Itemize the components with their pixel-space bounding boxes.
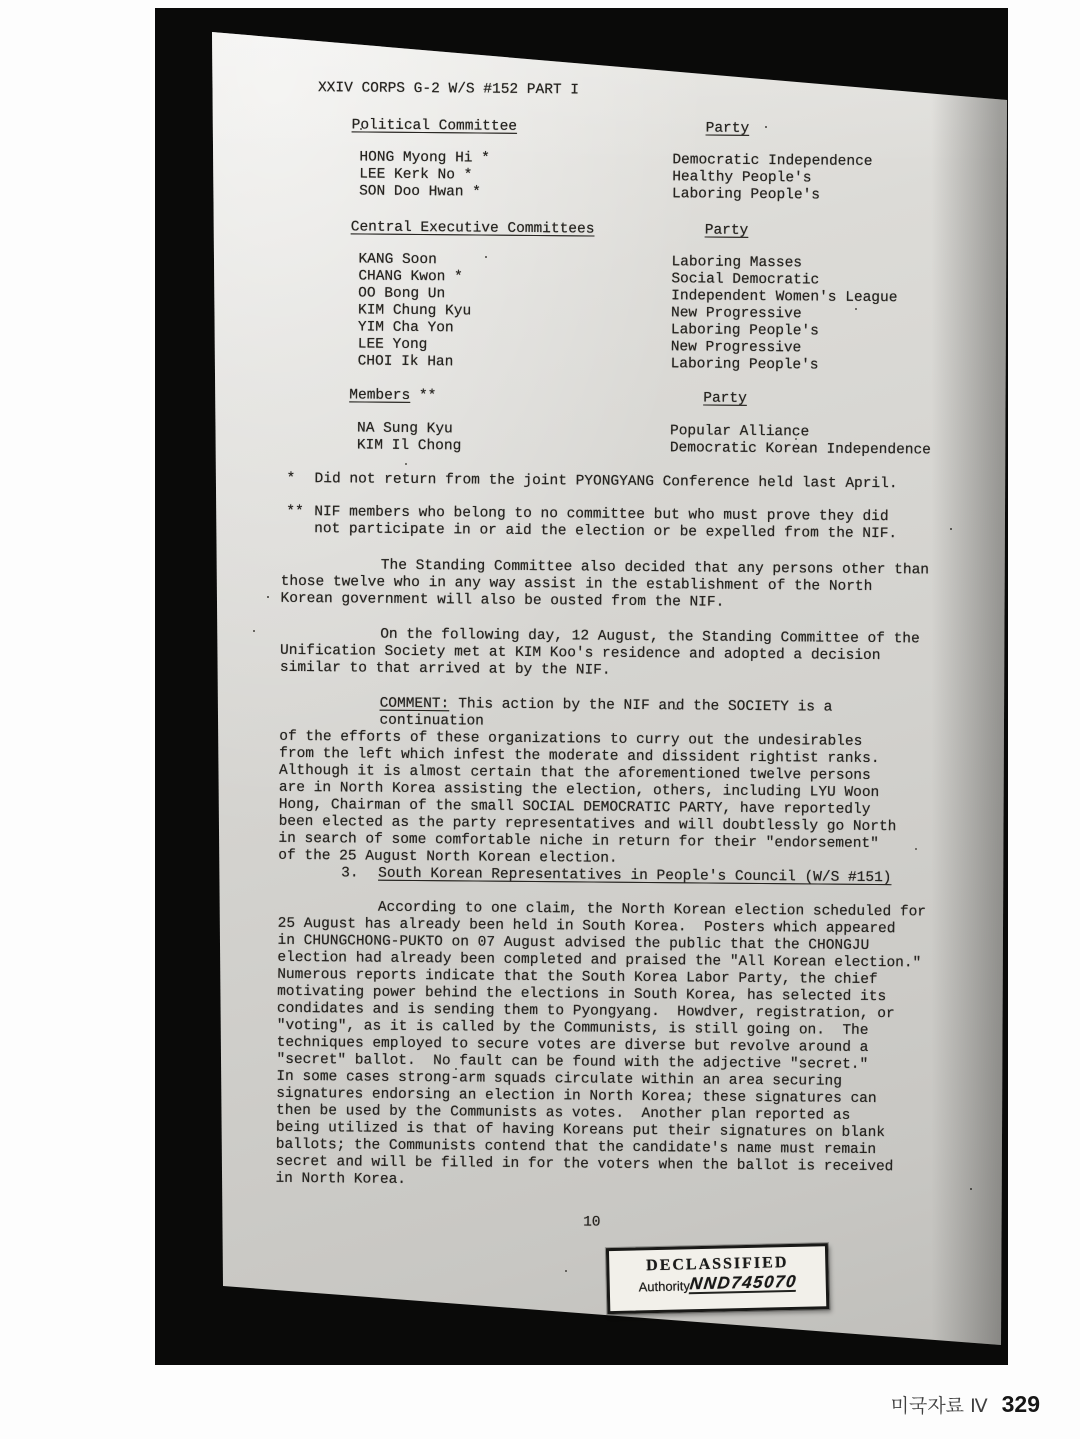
footnote-text: NIF members who belong to no committee b…	[314, 504, 897, 543]
footnote-text: Did not return from the joint PYONGYANG …	[315, 471, 898, 493]
party-name: Laboring People's	[672, 186, 820, 204]
party-name: Laboring Masses	[671, 254, 802, 272]
footer: 미국자료 Ⅳ 329	[891, 1391, 1040, 1418]
footnote: * Did not return from the joint PYONGYAN…	[287, 471, 967, 494]
member-name: SON Doo Hwan *	[359, 183, 672, 203]
members-section: Members ** Party NA Sung KyuPopular Alli…	[349, 387, 932, 459]
footnote-marker: **	[286, 504, 314, 538]
party-name: Healthy People's	[672, 169, 811, 187]
photo-mount: XXIV CORPS G-2 W/S #152 PART I Political…	[155, 8, 1008, 1365]
footnote: ** NIF members who belong to no committe…	[286, 504, 966, 544]
party-name: Democratic Independence	[672, 152, 872, 171]
member-name: KIM Il Chong	[357, 437, 670, 457]
table-row: CHOI Ik HanLaboring People's	[358, 353, 897, 375]
committee-heading: Political Committee	[352, 117, 517, 134]
central-executive-section: Central Executive Committees Party KANG …	[350, 219, 899, 375]
party-name: Democratic Korean Independence	[670, 440, 931, 459]
paragraph-standing-committee: The Standing Committee also decided that…	[280, 557, 940, 614]
party-name: Popular Alliance	[670, 423, 809, 441]
party-name: Laboring People's	[671, 322, 819, 340]
footer-caption: 미국자료 Ⅳ	[891, 1391, 988, 1418]
committee-heading: Central Executive Committees	[351, 219, 595, 237]
member-name: CHOI Ik Han	[358, 353, 671, 373]
table-row: KIM Il ChongDemocratic Korean Independen…	[357, 437, 931, 459]
members-footnote-marker: **	[419, 388, 437, 404]
declassified-stamp: DECLASSIFIED Authority NND745070	[606, 1243, 829, 1314]
party-column-heading: Party	[703, 390, 747, 407]
party-column-heading: Party	[706, 120, 750, 137]
party-name: New Progressive	[671, 339, 802, 357]
committee-heading: Members	[349, 387, 410, 404]
section3-heading: 3.South Korean Representatives in People…	[341, 865, 892, 887]
party-name: New Progressive	[671, 305, 802, 323]
document-content: XXIV CORPS G-2 W/S #152 PART I Political…	[155, 8, 1008, 1365]
section-title: South Korean Representatives in People's…	[378, 866, 892, 886]
table-row: SON Doo Hwan *Laboring People's	[359, 183, 872, 204]
footnote-marker: *	[287, 471, 315, 488]
political-committee-section: Political Committee Party HONG Myong Hi …	[351, 117, 873, 205]
authority-number: NND745070	[689, 1274, 798, 1294]
comment-paragraph: COMMENT:This action by the NIF and the S…	[278, 695, 939, 871]
section-number: 3.	[341, 865, 378, 882]
page-number: 10	[583, 1214, 601, 1231]
doc-header: XXIV CORPS G-2 W/S #152 PART I	[318, 80, 579, 99]
comment-body: of the efforts of these organizations to…	[278, 729, 939, 871]
party-column-heading: Party	[705, 222, 749, 239]
party-name: Social Democratic	[671, 271, 819, 289]
section3-paragraph: According to one claim, the North Korean…	[275, 899, 937, 1194]
footer-page-number: 329	[1002, 1391, 1040, 1418]
party-name: Independent Women's League	[671, 288, 897, 307]
party-name: Laboring People's	[671, 356, 819, 374]
authority-label: Authority	[638, 1277, 690, 1295]
comment-label: COMMENT:	[380, 696, 450, 713]
paragraph-following-day: On the following day, 12 August, the Sta…	[280, 626, 940, 683]
